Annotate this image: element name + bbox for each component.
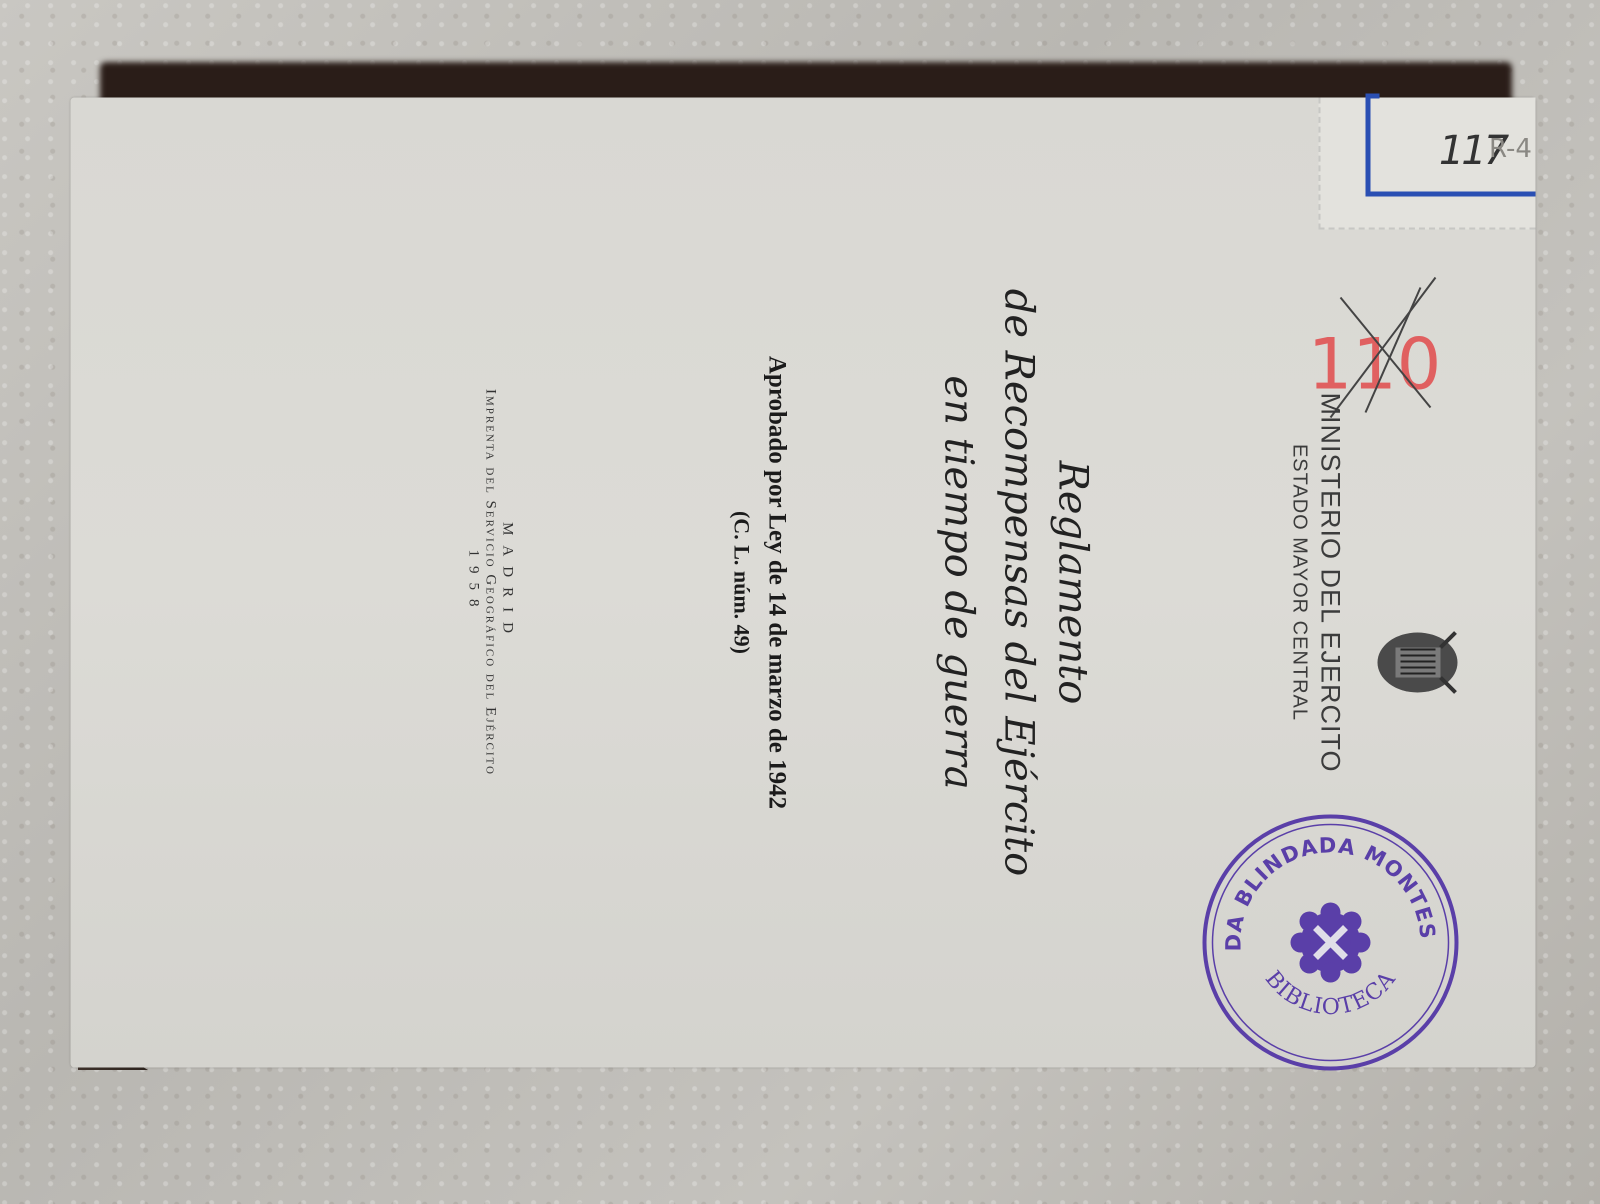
approval-line-2: (C. L. núm. 49) <box>729 98 755 1068</box>
imprint-year: 1958 <box>465 98 482 1068</box>
approval-note: Aprobado por Ley de 14 de marzo de 1942 … <box>729 98 791 1068</box>
book-cover: 117 110 R-4 MINISTERIO DEL EJERCITO ESTA… <box>71 98 1536 1068</box>
library-stamp: BRIGADA BLINDADA MONTESA N.º 1 BIBLIOTEC… <box>1196 808 1466 1078</box>
imprint: MADRID Imprenta del Servicio Geográfico … <box>465 98 516 1068</box>
imprint-city: MADRID <box>499 98 516 1068</box>
title-line-2: de Recompensas del Ejército <box>996 98 1042 1068</box>
coat-of-arms-icon <box>1371 628 1466 698</box>
pencil-mark: R-4 <box>1489 134 1532 164</box>
title-line-1: Reglamento <box>1050 98 1096 1068</box>
cross-flower-icon <box>1291 903 1371 983</box>
title-line-3: en tiempo de guerra <box>936 98 982 1068</box>
book-title: Reglamento de Recompensas del Ejército e… <box>936 98 1096 1068</box>
approval-line-1: Aprobado por Ley de 14 de marzo de 1942 <box>763 98 791 1068</box>
imprint-printer: Imprenta del Servicio Geográfico del Ejé… <box>482 98 499 1068</box>
